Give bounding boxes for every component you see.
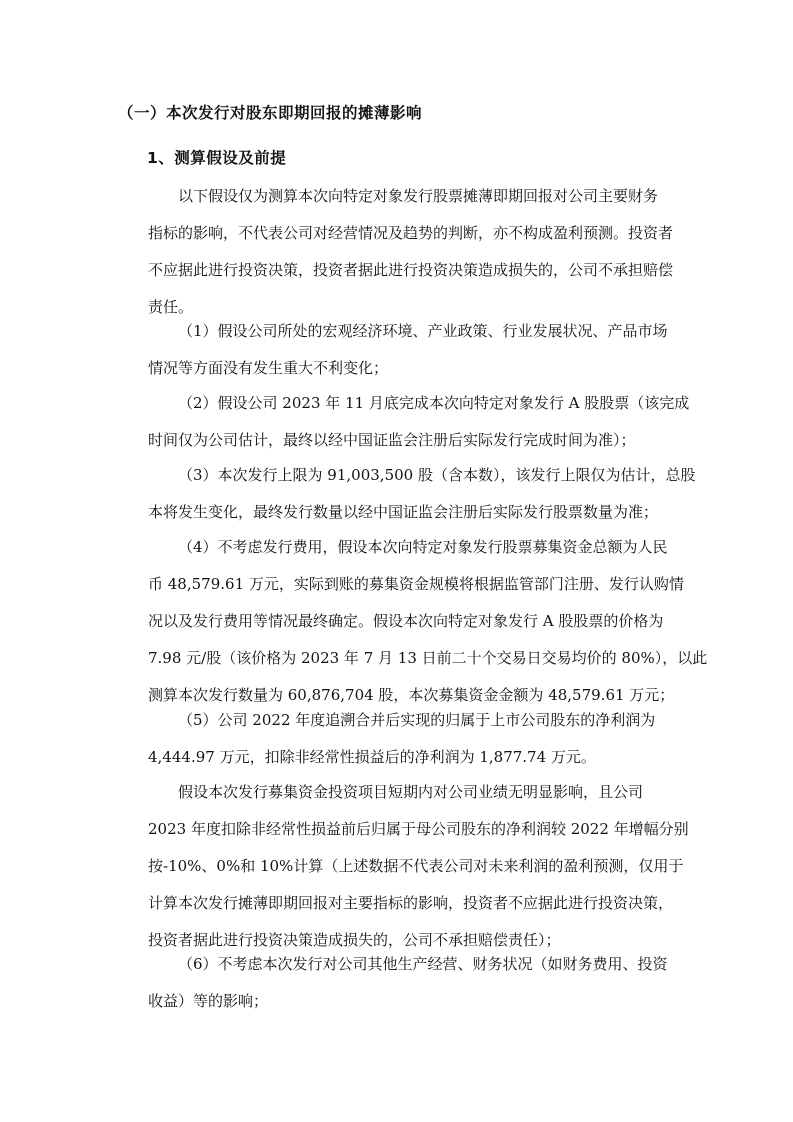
assumption-3: （3）本次发行上限为 91,003,500 股（含本数），该发行上限仅为估计，总… bbox=[118, 457, 674, 531]
paragraph-line: （2）假设公司 2023 年 11 月底完成本次向特定对象发行 A 股股票（该完… bbox=[118, 385, 674, 422]
assumption-1: （1）假设公司所处的宏观经济环境、产业政策、行业发展状况、产品市场 情况等方面没… bbox=[118, 313, 674, 387]
paragraph-line: （4）不考虑发行费用，假设本次向特定对象发行股票募集资金总额为人民 bbox=[118, 529, 674, 566]
paragraph-line: （3）本次发行上限为 91,003,500 股（含本数），该发行上限仅为估计，总… bbox=[118, 457, 674, 494]
intro-paragraph: 以下假设仅为测算本次向特定对象发行股票摊薄即期回报对公司主要财务 指标的影响，不… bbox=[118, 178, 674, 326]
paragraph-line: 按-10%、0%和 10%计算（上述数据不代表公司对未来利润的盈利预测，仅用于 bbox=[118, 848, 674, 885]
paragraph-line: 7.98 元/股（该价格为 2023 年 7 月 13 日前二十个交易日交易均价… bbox=[118, 640, 674, 677]
paragraph-line: 收益）等的影响； bbox=[118, 983, 674, 1020]
section-heading: （一）本次发行对股东即期回报的摊薄影响 bbox=[118, 101, 422, 123]
paragraph-line: 以下假设仅为测算本次向特定对象发行股票摊薄即期回报对公司主要财务 bbox=[118, 178, 674, 215]
assumption-6: （6）不考虑本次发行对公司其他生产经营、财务状况（如财务费用、投资 收益）等的影… bbox=[118, 946, 674, 1020]
paragraph-line: （6）不考虑本次发行对公司其他生产经营、财务状况（如财务费用、投资 bbox=[118, 946, 674, 983]
paragraph-line: 2023 年度扣除非经常性损益前后归属于母公司股东的净利润较 2022 年增幅分… bbox=[118, 811, 674, 848]
paragraph-line: 计算本次发行摊薄即期回报对主要指标的影响，投资者不应据此进行投资决策， bbox=[118, 885, 674, 922]
assumption-5: （5）公司 2022 年度追溯合并后实现的归属于上市公司股东的净利润为 4,44… bbox=[118, 702, 674, 776]
paragraph-line: （5）公司 2022 年度追溯合并后实现的归属于上市公司股东的净利润为 bbox=[118, 702, 674, 739]
assumption-2: （2）假设公司 2023 年 11 月底完成本次向特定对象发行 A 股股票（该完… bbox=[118, 385, 674, 459]
profit-growth-assumption: 假设本次发行募集资金投资项目短期内对公司业绩无明显影响，且公司 2023 年度扣… bbox=[118, 774, 674, 959]
paragraph-line: （1）假设公司所处的宏观经济环境、产业政策、行业发展状况、产品市场 bbox=[118, 313, 674, 350]
paragraph-line: 不应据此进行投资决策，投资者据此进行投资决策造成损失的，公司不承担赔偿 bbox=[118, 252, 674, 289]
paragraph-line: 假设本次发行募集资金投资项目短期内对公司业绩无明显影响，且公司 bbox=[118, 774, 674, 811]
paragraph-line: 本将发生变化，最终发行数量以经中国证监会注册后实际发行股票数量为准； bbox=[118, 494, 674, 531]
paragraph-line: 情况等方面没有发生重大不利变化； bbox=[118, 350, 674, 387]
assumption-4: （4）不考虑发行费用，假设本次向特定对象发行股票募集资金总额为人民 币 48,5… bbox=[118, 529, 674, 714]
paragraph-line: 况以及发行费用等情况最终确定。假设本次向特定对象发行 A 股股票的价格为 bbox=[118, 603, 674, 640]
paragraph-line: 4,444.97 万元，扣除非经常性损益后的净利润为 1,877.74 万元。 bbox=[118, 739, 674, 776]
paragraph-line: 时间仅为公司估计，最终以经中国证监会注册后实际发行完成时间为准）； bbox=[118, 422, 674, 459]
paragraph-line: 指标的影响，不代表公司对经营情况及趋势的判断，亦不构成盈利预测。投资者 bbox=[118, 215, 674, 252]
subsection-heading: 1、测算假设及前提 bbox=[147, 146, 286, 168]
paragraph-line: 币 48,579.61 万元，实际到账的募集资金规模将根据监管部门注册、发行认购… bbox=[118, 566, 674, 603]
